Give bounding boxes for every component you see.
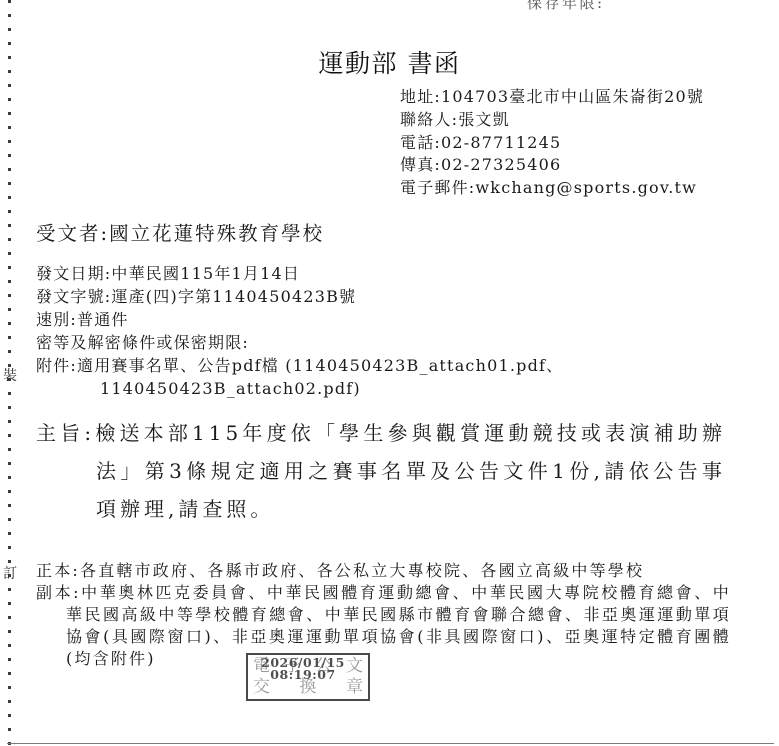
document-title: 運動部 書函 <box>0 44 779 80</box>
retention-period-label: 保存年限: <box>527 0 605 13</box>
issue-date-line: 發文日期:中華民國115年1月14日 <box>36 262 656 285</box>
sender-info-block: 地址:104703臺北市中山區朱崙街20號 聯絡人:張文凱 電話:02-8771… <box>400 86 704 200</box>
attachment-value: 適用賽事名單、公告pdf檔 (1140450423B_attach01.pdf、… <box>77 356 563 398</box>
sender-fax-line: 傳真:02-27325406 <box>400 154 704 177</box>
original-copy-line: 正本:各直轄市政府、各縣市政府、各公私立大專校院、各國立高級中等學校 <box>36 560 736 582</box>
binding-mark-ding: 訂 <box>3 563 17 583</box>
sender-fax-label: 傳真: <box>400 155 441 174</box>
sender-email-value: wkchang@sports.gov.tw <box>475 178 697 197</box>
document-meta-block: 發文日期:中華民國115年1月14日 發文字號:運產(四)字第114045042… <box>36 262 656 400</box>
speed-value: 普通件 <box>77 310 129 329</box>
sender-address-label: 地址: <box>400 87 441 106</box>
attachment-line: 附件:適用賽事名單、公告pdf檔 (1140450423B_attach01.p… <box>36 354 656 400</box>
electronic-exchange-stamp: 電子公文 交換章 2026/01/15 08:19:07 <box>246 653 370 701</box>
original-copy-label: 正本: <box>36 561 80 580</box>
subject-label: 主旨: <box>36 421 95 445</box>
sender-contact-value: 張文凱 <box>458 110 510 129</box>
sender-email-line: 電子郵件:wkchang@sports.gov.tw <box>400 177 704 200</box>
sender-phone-label: 電話: <box>400 133 441 152</box>
speed-line: 速別:普通件 <box>36 308 656 331</box>
cc-copy-label: 副本: <box>36 583 81 602</box>
issue-date-label: 發文日期: <box>36 264 111 283</box>
security-label: 密等及解密條件或保密期限: <box>36 333 249 352</box>
stamp-datetime: 2026/01/15 08:19:07 <box>248 657 358 681</box>
subject-value: 檢送本部115年度依「學生參與觀賞運動競技或表演補助辦法」第3條規定適用之賽事名… <box>95 421 726 521</box>
recipient-value: 國立花蓮特殊教育學校 <box>109 222 324 245</box>
sender-contact-label: 聯絡人: <box>400 110 458 129</box>
page-bottom-rule <box>7 743 774 744</box>
original-copy-value: 各直轄市政府、各縣市政府、各公私立大專校院、各國立高級中等學校 <box>80 561 644 580</box>
sender-address-value: 104703臺北市中山區朱崙街20號 <box>441 87 704 106</box>
sender-phone-value: 02-87711245 <box>441 133 561 152</box>
sender-phone-line: 電話:02-87711245 <box>400 132 704 155</box>
speed-label: 速別: <box>36 310 77 329</box>
attachment-label: 附件: <box>36 356 77 375</box>
stamp-time-value: 08:19:07 <box>248 669 358 681</box>
subject-paragraph: 主旨:檢送本部115年度依「學生參與觀賞運動競技或表演補助辦法」第3條規定適用之… <box>36 414 726 528</box>
sender-email-label: 電子郵件: <box>400 178 475 197</box>
issue-date-value: 中華民國115年1月14日 <box>111 264 300 283</box>
doc-number-line: 發文字號:運產(四)字第1140450423B號 <box>36 285 656 308</box>
cc-copy-paragraph: 副本:中華奧林匹克委員會、中華民國體育運動總會、中華民國大專院校體育總會、中華民… <box>36 582 731 670</box>
sender-address-line: 地址:104703臺北市中山區朱崙街20號 <box>400 86 704 109</box>
cc-copy-value: 中華奧林匹克委員會、中華民國體育運動總會、中華民國大專院校體育總會、中華民國高級… <box>66 583 731 668</box>
sender-fax-value: 02-27325406 <box>441 155 561 174</box>
recipient-line: 受文者:國立花蓮特殊教育學校 <box>36 218 324 246</box>
recipient-label: 受文者: <box>36 222 109 245</box>
doc-number-value: 運產(四)字第1140450423B號 <box>111 287 356 306</box>
binding-mark-zhuang: 裝 <box>3 365 17 385</box>
sender-contact-line: 聯絡人:張文凱 <box>400 109 704 132</box>
security-line: 密等及解密條件或保密期限: <box>36 331 656 354</box>
doc-number-label: 發文字號: <box>36 287 111 306</box>
